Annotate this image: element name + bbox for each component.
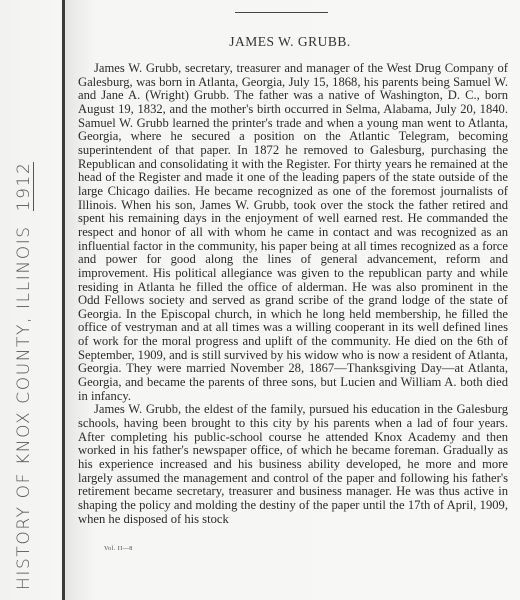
paragraph-2: James W. Grubb, the eldest of the family… bbox=[78, 403, 508, 526]
signature-mark: Vol. II—8 bbox=[104, 546, 133, 552]
fold-line bbox=[62, 0, 65, 600]
margin-note-text: HISTORY OF KNOX COUNTY, ILLINOIS bbox=[14, 225, 34, 590]
margin-note-year: 1912 bbox=[15, 162, 34, 212]
scanned-page: HISTORY OF KNOX COUNTY, ILLINOIS1912 JAM… bbox=[0, 0, 520, 600]
handwritten-margin-note: HISTORY OF KNOX COUNTY, ILLINOIS1912 bbox=[14, 162, 34, 590]
header-rule bbox=[235, 12, 328, 13]
article-title: JAMES W. GRUBB. bbox=[0, 34, 520, 50]
article-body: James W. Grubb, secretary, treasurer and… bbox=[78, 62, 508, 526]
paragraph-1: James W. Grubb, secretary, treasurer and… bbox=[78, 62, 508, 403]
